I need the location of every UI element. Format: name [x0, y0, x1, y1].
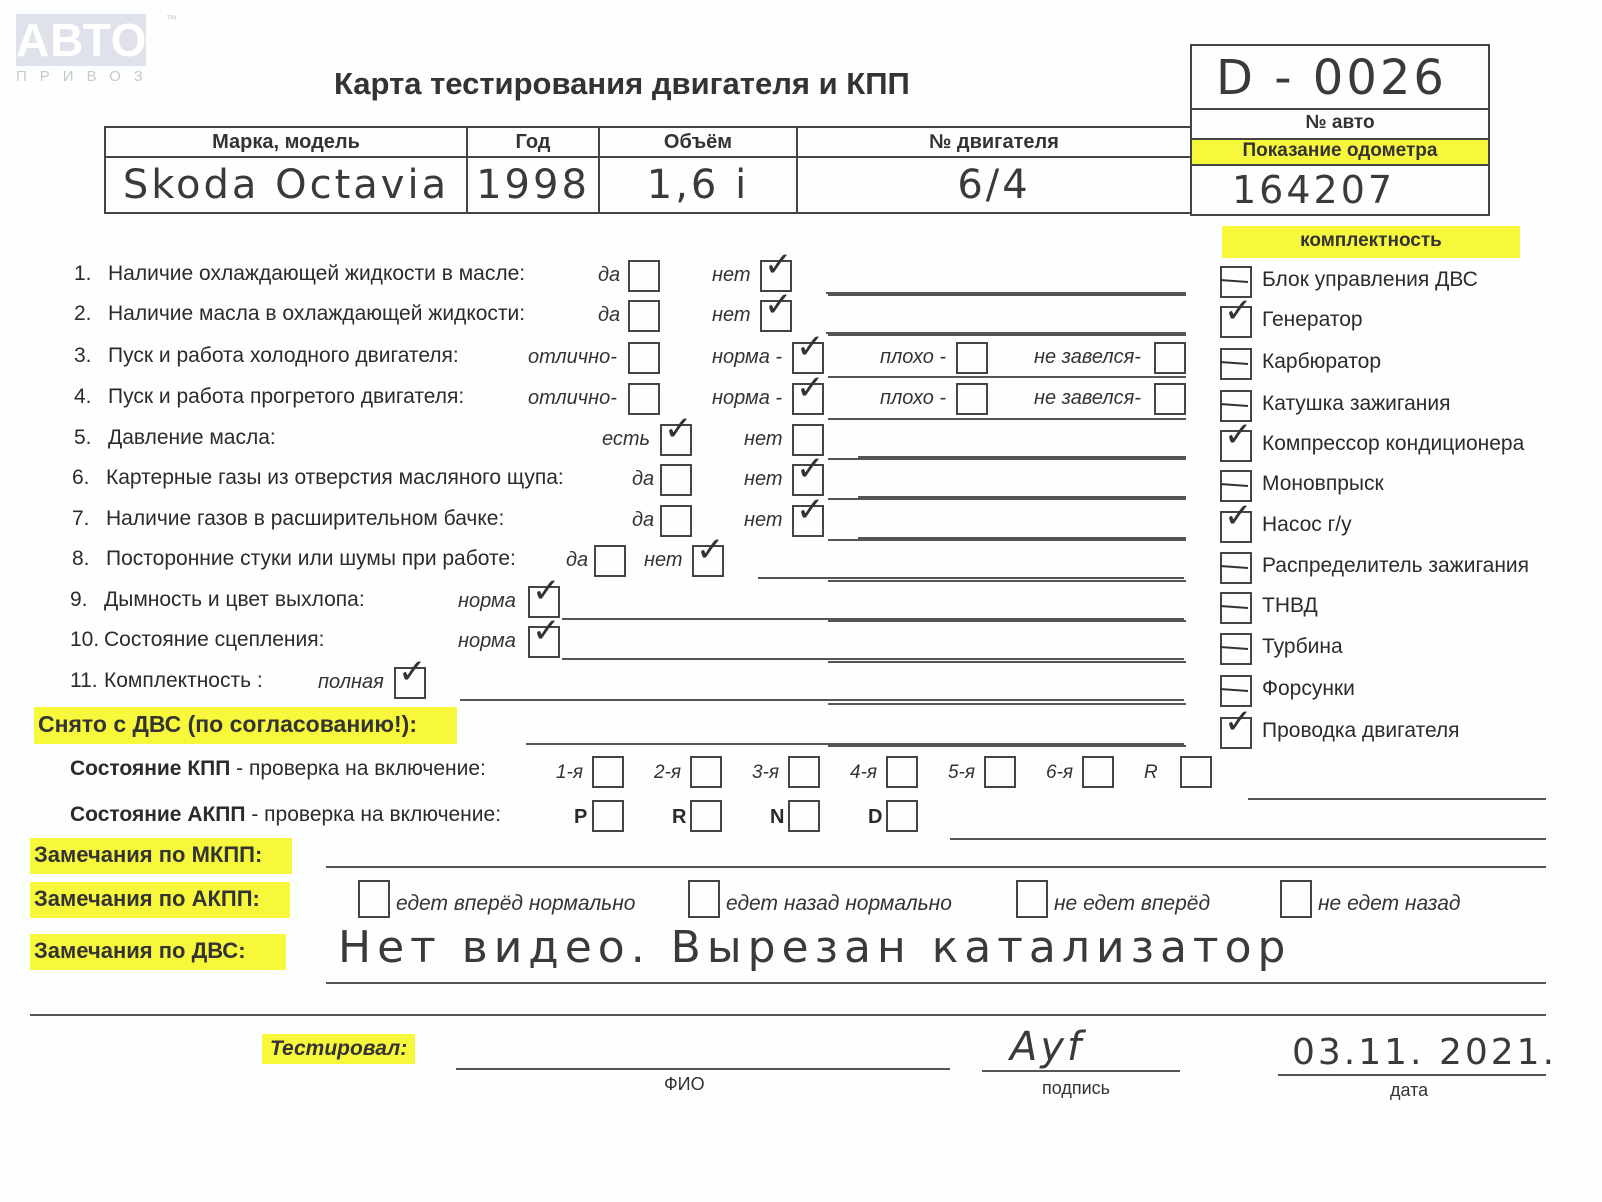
- komplektnost-item-label: Насос г/у: [1262, 513, 1352, 537]
- gear-label: 6-я: [1046, 762, 1073, 784]
- komplektnost-line[interactable]: [828, 703, 1186, 705]
- dash-mark-icon: [1220, 279, 1248, 283]
- komplektnost-item-label: Форсунки: [1262, 677, 1355, 701]
- option-label: отлично-: [528, 387, 617, 410]
- kpp-label: Состояние КПП - проверка на включение:: [70, 757, 486, 781]
- question-number: 11.: [70, 669, 98, 693]
- question-number: 7.: [72, 507, 90, 531]
- logo-sub: ПРИВОЗ: [16, 68, 156, 85]
- option-checkbox[interactable]: ✓: [760, 300, 792, 332]
- akpp-notes-field[interactable]: [950, 838, 1546, 840]
- komplektnost-item-label: Моновпрыск: [1262, 472, 1384, 496]
- check-mark-icon: ✓: [796, 493, 825, 527]
- komplektnost-checkbox[interactable]: [1220, 592, 1252, 624]
- check-mark-icon: ✓: [398, 655, 427, 689]
- komplektnost-checkbox[interactable]: ✓: [1220, 306, 1252, 338]
- col-make-model: Марка, модель: [105, 127, 467, 157]
- option-label: норма: [458, 590, 516, 613]
- option-checkbox[interactable]: [956, 342, 988, 374]
- option-checkbox[interactable]: ✓: [660, 424, 692, 456]
- check-mark-icon: ✓: [764, 248, 793, 282]
- option-checkbox[interactable]: ✓: [692, 545, 724, 577]
- option-checkbox[interactable]: [628, 383, 660, 415]
- car-id-label: № авто: [1192, 112, 1488, 134]
- mode-checkbox[interactable]: [690, 800, 722, 832]
- akpp-remark-label: едет назад нормально: [726, 892, 952, 916]
- option-label: да: [632, 509, 654, 532]
- question-text: Наличие масла в охлаждающей жидкости:: [108, 302, 525, 326]
- komplektnost-item-label: Компрессор кондиционера: [1262, 432, 1524, 456]
- option-checkbox[interactable]: [628, 260, 660, 292]
- car-id-value[interactable]: D - 0026: [1216, 50, 1447, 106]
- page-title: Карта тестирования двигателя и КПП: [334, 66, 910, 102]
- gear-checkbox[interactable]: [886, 756, 918, 788]
- komplektnost-checkbox[interactable]: [1220, 633, 1252, 665]
- komplektnost-checkbox[interactable]: ✓: [1220, 511, 1252, 543]
- odometer-value[interactable]: 164207: [1232, 168, 1395, 212]
- question-number: 4.: [74, 385, 92, 409]
- option-checkbox[interactable]: [1154, 383, 1186, 415]
- col-engine-number: № двигателя: [797, 127, 1191, 157]
- vehicle-table: Марка, модель Год Объём № двигателя Skod…: [104, 126, 1192, 214]
- question-text: Наличие охлаждающей жидкости в масле:: [108, 262, 525, 286]
- mode-label: P: [574, 806, 587, 829]
- komplektnost-checkbox[interactable]: [1220, 348, 1252, 380]
- signature: Ауf: [1010, 1024, 1084, 1070]
- option-label: да: [598, 264, 620, 287]
- make-model-value[interactable]: Skoda Octavia: [105, 157, 467, 213]
- question-notes-field[interactable]: [460, 699, 1184, 701]
- dvs-remarks-value[interactable]: Нет видео. Вырезан катализатор: [338, 922, 1291, 973]
- option-checkbox[interactable]: [660, 505, 692, 537]
- gear-checkbox[interactable]: [592, 756, 624, 788]
- komplektnost-title: комплектность: [1222, 226, 1520, 258]
- col-year: Год: [467, 127, 599, 157]
- gear-checkbox[interactable]: [984, 756, 1016, 788]
- dash-mark-icon: [1220, 565, 1248, 569]
- dash-mark-icon: [1220, 605, 1248, 609]
- option-checkbox[interactable]: ✓: [528, 626, 560, 658]
- option-label: нет: [712, 304, 751, 327]
- komplektnost-checkbox[interactable]: ✓: [1220, 717, 1252, 749]
- option-label: норма -: [712, 387, 782, 410]
- question-text: Наличие газов в расширительном бачке:: [106, 507, 504, 531]
- question-number: 8.: [72, 547, 90, 571]
- dash-mark-icon: [1220, 483, 1248, 487]
- year-value[interactable]: 1998: [467, 157, 599, 213]
- question-text: Пуск и работа прогретого двигателя:: [108, 385, 464, 409]
- removed-field[interactable]: [526, 743, 1184, 745]
- option-label: плохо -: [880, 387, 946, 410]
- komplektnost-checkbox[interactable]: [1220, 552, 1252, 584]
- komplektnost-line[interactable]: [828, 294, 1186, 296]
- option-checkbox[interactable]: [956, 383, 988, 415]
- komplektnost-line[interactable]: [828, 539, 1186, 541]
- gear-label: R: [1144, 762, 1158, 784]
- komplektnost-item-label: Карбюратор: [1262, 350, 1381, 374]
- question-text: Состояние сцепления:: [104, 628, 324, 652]
- komplektnost-checkbox[interactable]: ✓: [1220, 430, 1252, 462]
- option-checkbox[interactable]: ✓: [394, 667, 426, 699]
- check-mark-icon: ✓: [796, 452, 825, 486]
- mode-checkbox[interactable]: [788, 800, 820, 832]
- mode-label: R: [672, 806, 686, 829]
- gear-label: 4-я: [850, 762, 877, 784]
- date-value[interactable]: 03.11. 2021.: [1292, 1032, 1557, 1073]
- komplektnost-item-label: Турбина: [1262, 635, 1343, 659]
- gear-checkbox[interactable]: [788, 756, 820, 788]
- check-mark-icon: ✓: [796, 371, 825, 405]
- komplektnost-item-label: Распределитель зажигания: [1262, 554, 1529, 578]
- car-id-box: D - 0026 № авто Показание одометра 16420…: [1190, 44, 1490, 216]
- gear-checkbox[interactable]: [1180, 756, 1212, 788]
- option-label: не завелся-: [1034, 346, 1141, 369]
- tester-name-field[interactable]: [456, 1068, 950, 1070]
- option-label: плохо -: [880, 346, 946, 369]
- option-checkbox[interactable]: [628, 342, 660, 374]
- check-mark-icon: ✓: [1224, 418, 1253, 452]
- date-field[interactable]: [1278, 1074, 1546, 1076]
- komplektnost-item-label: Катушка зажигания: [1262, 392, 1450, 416]
- question-text: Посторонние стуки или шумы при работе:: [106, 547, 516, 571]
- akpp-remark-checkbox[interactable]: [1280, 880, 1312, 918]
- komplektnost-line[interactable]: [828, 418, 1186, 420]
- option-checkbox[interactable]: [660, 464, 692, 496]
- check-mark-icon: ✓: [764, 288, 793, 322]
- question-number: 2.: [74, 302, 92, 326]
- gear-label: 3-я: [752, 762, 779, 784]
- akpp-label: Состояние АКПП - проверка на включение:: [70, 803, 501, 827]
- logo-tm: ™: [166, 14, 177, 26]
- komplektnost-item-label: Проводка двигателя: [1262, 719, 1460, 743]
- komplektnost-line[interactable]: [828, 745, 1186, 747]
- check-mark-icon: ✓: [664, 412, 693, 446]
- question-text: Пуск и работа холодного двигателя:: [108, 344, 459, 368]
- akpp-remark-checkbox[interactable]: [358, 880, 390, 918]
- question-number: 1.: [74, 262, 92, 286]
- option-checkbox[interactable]: ✓: [792, 505, 824, 537]
- mode-label: D: [868, 806, 882, 829]
- mkpp-remarks-label: Замечания по МКПП:: [30, 838, 292, 874]
- gear-label: 5-я: [948, 762, 975, 784]
- col-volume: Объём: [599, 127, 797, 157]
- komplektnost-line[interactable]: [828, 498, 1186, 500]
- check-mark-icon: ✓: [1224, 499, 1253, 533]
- question-notes-field[interactable]: [758, 577, 1184, 579]
- dash-mark-icon: [1220, 403, 1248, 407]
- question-text: Картерные газы из отверстия масляного щу…: [106, 466, 564, 490]
- dash-mark-icon: [1220, 361, 1248, 365]
- gear-checkbox[interactable]: [690, 756, 722, 788]
- question-text: Давление масла:: [108, 426, 276, 450]
- odometer-label: Показание одометра: [1192, 140, 1488, 164]
- komplektnost-line[interactable]: [828, 334, 1186, 336]
- akpp-remark-checkbox[interactable]: [1016, 880, 1048, 918]
- komplektnost-item-label: Генератор: [1262, 308, 1363, 332]
- dvs-remarks-underline: [326, 982, 1546, 984]
- komplektnost-line[interactable]: [828, 458, 1186, 460]
- mode-checkbox[interactable]: [886, 800, 918, 832]
- option-label: да: [598, 304, 620, 327]
- komplektnost-line[interactable]: [828, 620, 1186, 622]
- question-number: 5.: [74, 426, 92, 450]
- signature-field[interactable]: [982, 1070, 1180, 1072]
- akpp-remark-label: не едет вперёд: [1054, 892, 1210, 916]
- question-number: 9.: [70, 588, 88, 612]
- option-label: нет: [744, 428, 783, 451]
- check-mark-icon: ✓: [1224, 294, 1253, 328]
- komplektnost-line[interactable]: [828, 661, 1186, 663]
- option-checkbox[interactable]: [628, 300, 660, 332]
- check-mark-icon: ✓: [696, 533, 725, 567]
- option-checkbox[interactable]: [1154, 342, 1186, 374]
- dash-mark-icon: [1220, 688, 1248, 692]
- komplektnost-item-label: ТНВД: [1262, 594, 1318, 618]
- date-caption: дата: [1390, 1080, 1428, 1101]
- removed-label: Снято с ДВС (по согласованию!):: [34, 707, 457, 744]
- option-label: есть: [602, 428, 650, 451]
- volume-value[interactable]: 1,6 i: [599, 157, 797, 213]
- option-label: нет: [744, 509, 783, 532]
- option-label: норма: [458, 630, 516, 653]
- gear-label: 2-я: [654, 762, 681, 784]
- mode-label: N: [770, 806, 784, 829]
- dash-mark-icon: [1220, 646, 1248, 650]
- option-label: нет: [644, 549, 683, 572]
- signature-caption: подпись: [1042, 1078, 1110, 1099]
- option-label: нет: [712, 264, 751, 287]
- komplektnost-item-label: Блок управления ДВС: [1262, 268, 1478, 292]
- tested-by-label: Тестировал:: [262, 1034, 415, 1064]
- gear-label: 1-я: [556, 762, 583, 784]
- option-label: да: [632, 468, 654, 491]
- question-number: 3.: [74, 344, 92, 368]
- logo-main: АВТО: [16, 14, 146, 66]
- dvs-remarks-label: Замечания по ДВС:: [30, 934, 286, 970]
- check-mark-icon: ✓: [532, 614, 561, 648]
- option-label: нет: [744, 468, 783, 491]
- logo: АВТО ПРИВОЗ ™: [16, 14, 156, 85]
- check-mark-icon: ✓: [1224, 705, 1253, 739]
- option-label: норма -: [712, 346, 782, 369]
- komplektnost-line[interactable]: [828, 580, 1186, 582]
- mkpp-remarks-field[interactable]: [326, 866, 1546, 868]
- option-label: не завелся-: [1034, 387, 1141, 410]
- option-label: отлично-: [528, 346, 617, 369]
- option-label: полная: [318, 671, 384, 694]
- kpp-notes-field[interactable]: [1248, 798, 1546, 800]
- dvs-remarks-underline-2: [30, 1014, 1546, 1016]
- name-caption: ФИО: [664, 1074, 705, 1095]
- question-text: Комплектность :: [104, 669, 263, 693]
- check-mark-icon: ✓: [532, 574, 561, 608]
- engine-number-value[interactable]: 6/4: [797, 157, 1191, 213]
- akpp-remarks-label: Замечания по АКПП:: [30, 882, 290, 918]
- akpp-remark-label: едет вперёд нормально: [396, 892, 635, 916]
- check-mark-icon: ✓: [796, 330, 825, 364]
- akpp-remark-checkbox[interactable]: [688, 880, 720, 918]
- akpp-remark-label: не едет назад: [1318, 892, 1460, 916]
- option-checkbox[interactable]: ✓: [792, 383, 824, 415]
- question-notes-field[interactable]: [562, 658, 1184, 660]
- question-text: Дымность и цвет выхлопа:: [104, 588, 365, 612]
- question-number: 6.: [72, 466, 90, 490]
- mode-checkbox[interactable]: [592, 800, 624, 832]
- question-number: 10.: [70, 628, 99, 652]
- gear-checkbox[interactable]: [1082, 756, 1114, 788]
- option-checkbox[interactable]: [594, 545, 626, 577]
- option-label: да: [566, 549, 588, 572]
- komplektnost-line[interactable]: [828, 376, 1186, 378]
